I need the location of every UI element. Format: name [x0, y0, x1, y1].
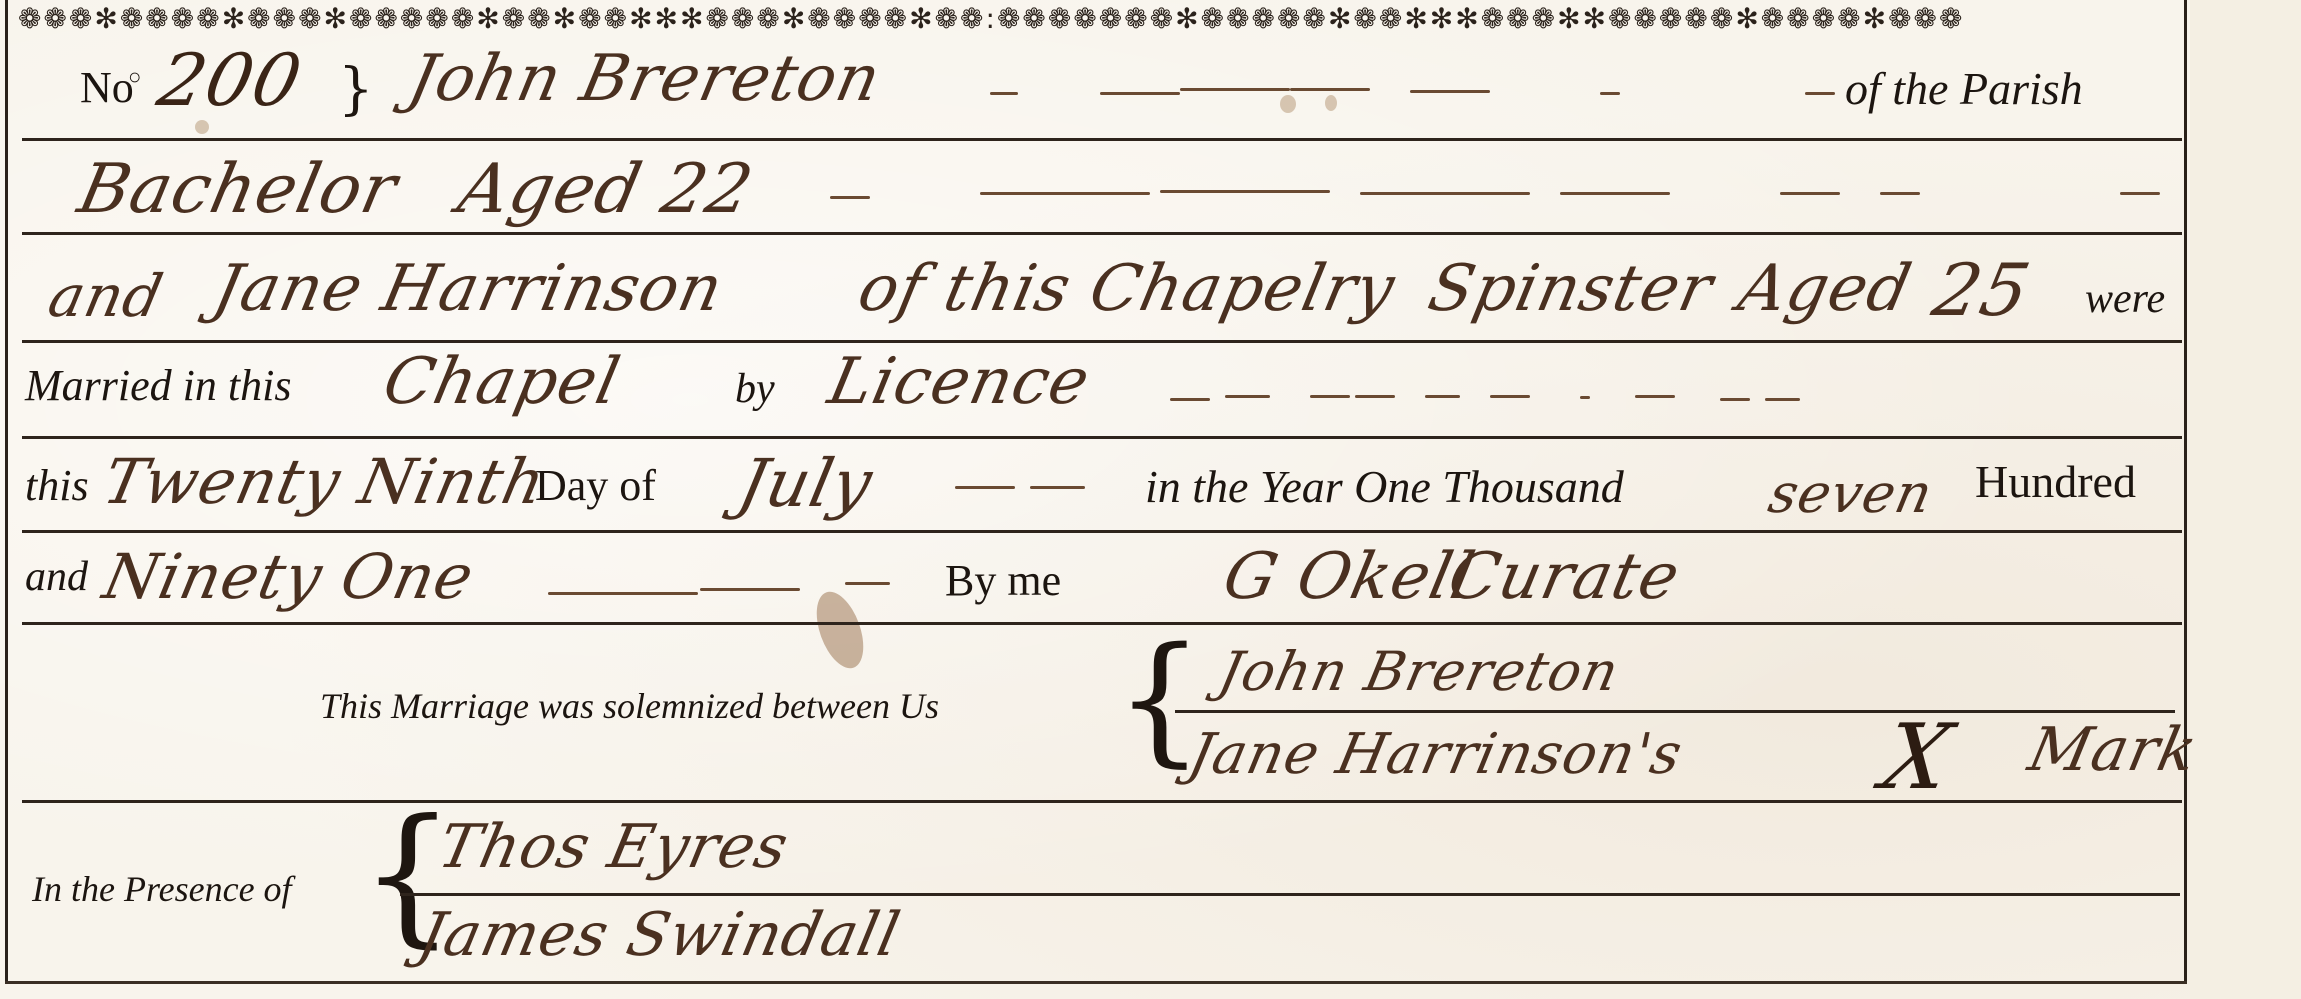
filler-dash — [1635, 395, 1675, 398]
filler-dash — [1355, 395, 1395, 398]
frame-left-border — [5, 0, 8, 984]
mark-symbol: X — [1874, 705, 1961, 810]
ruled-line-4 — [22, 436, 2182, 439]
ruled-line-2 — [22, 232, 2182, 235]
ceremony-place: Chapel — [377, 345, 626, 419]
filler-dash — [1490, 395, 1530, 398]
ornament-border-icon: ❁❁❁✻❁❁❁❁✻❁❁❁✻❁❁❁❁❁✻❁❁✻❁❁✻✻✻❁❁❁✻❁❁❁❁✻❁❁:❁… — [18, 2, 2178, 36]
filler-dash — [1720, 398, 1750, 401]
filler-dash — [955, 486, 1015, 489]
filler-dash — [1160, 190, 1330, 193]
frame-right-border — [2184, 0, 2187, 984]
witness-2: James Swindall — [413, 900, 907, 970]
page-margin — [2190, 0, 2301, 999]
filler-dash — [1030, 486, 1085, 489]
groom-age: Aged 22 — [452, 150, 760, 229]
bride-residence: of this Chapelry — [852, 252, 1401, 326]
ink-stain — [1280, 95, 1296, 113]
mark-label: Mark — [2023, 715, 2204, 785]
ruled-line-6 — [22, 622, 2182, 625]
filler-dash — [1290, 88, 1370, 91]
brace-icon: } — [338, 62, 374, 118]
date-day: Twenty Ninth — [97, 445, 552, 518]
filler-dash — [700, 588, 800, 591]
filler-dash — [1410, 90, 1490, 93]
hundred-label: Hundred — [1975, 455, 2136, 508]
year-label: in the Year One Thousand — [1145, 460, 1624, 513]
officiant-name: G Okell — [1217, 540, 1481, 614]
filler-dash — [1880, 192, 1920, 195]
filler-dash — [2120, 192, 2160, 195]
ink-stain — [1325, 95, 1337, 111]
entry-number-label: No — [80, 62, 134, 113]
filler-dash — [1425, 395, 1460, 398]
officiant-title: Curate — [1442, 540, 1686, 614]
filler-dash — [1805, 92, 1835, 95]
were-label: were — [2085, 275, 2165, 323]
ink-stain — [195, 120, 209, 134]
entry-number-degree: ○ — [128, 64, 141, 90]
filler-dash — [1780, 192, 1840, 195]
filler-dash — [980, 192, 1150, 195]
ruled-line-1 — [22, 138, 2182, 141]
filler-dash — [1560, 192, 1670, 195]
bride-age: 25 — [1926, 248, 2037, 332]
filler-dash — [990, 92, 1018, 95]
filler-dash — [845, 582, 890, 585]
bride-name: Jane Harrinson — [207, 252, 729, 326]
filler-dash — [548, 592, 698, 595]
filler-dash — [1600, 92, 1620, 95]
parish-label: of the Parish — [1845, 62, 2083, 115]
filler-dash — [1360, 192, 1530, 195]
filler-dash — [1225, 395, 1270, 398]
bride-age-label: Aged — [1732, 252, 1918, 326]
solemnized-label: This Marriage was solemnized between Us — [320, 685, 939, 727]
filler-dash — [1100, 92, 1180, 95]
filler-dash — [1170, 398, 1210, 401]
married-in-label: Married in this — [25, 360, 291, 411]
ink-stain — [808, 586, 873, 675]
filler-dash — [1765, 398, 1800, 401]
filler-dash — [830, 196, 870, 199]
signature-groom: John Brereton — [1213, 640, 1624, 703]
witness-label: In the Presence of — [32, 868, 292, 910]
ruled-line-8 — [400, 893, 2180, 896]
by-me-label: By me — [945, 555, 1061, 606]
groom-condition: Bachelor — [72, 150, 405, 229]
day-of-label: Day of — [535, 460, 656, 511]
frame-bottom-border — [5, 981, 2187, 984]
this-label: this — [25, 460, 89, 511]
entry-number: 200 — [151, 38, 309, 122]
bride-condition: Spinster — [1422, 252, 1719, 326]
ruled-line-3 — [22, 340, 2182, 343]
signature-line-1 — [1175, 710, 2175, 713]
date-year-rest: Ninety One — [97, 540, 480, 613]
ruled-line-5 — [22, 530, 2182, 533]
and-label: and — [25, 553, 88, 601]
groom-name: John Brereton — [402, 42, 887, 116]
ruled-line-7 — [22, 800, 2182, 803]
filler-dash — [1310, 395, 1350, 398]
date-century-word: seven — [1763, 462, 1938, 525]
filler-dash — [1180, 88, 1290, 91]
ceremony-method: Licence — [822, 345, 1096, 419]
register-page: ❁❁❁✻❁❁❁❁✻❁❁❁✻❁❁❁❁❁✻❁❁✻❁❁✻✻✻❁❁❁✻❁❁❁❁✻❁❁:❁… — [0, 0, 2301, 999]
by-label: by — [735, 365, 775, 413]
date-month: July — [732, 445, 880, 522]
signature-bride: Jane Harrinson's — [1183, 722, 1688, 787]
witness-1: Thos Eyres — [433, 812, 795, 882]
filler-dash — [1580, 396, 1590, 399]
bride-prefix: and — [43, 262, 170, 330]
